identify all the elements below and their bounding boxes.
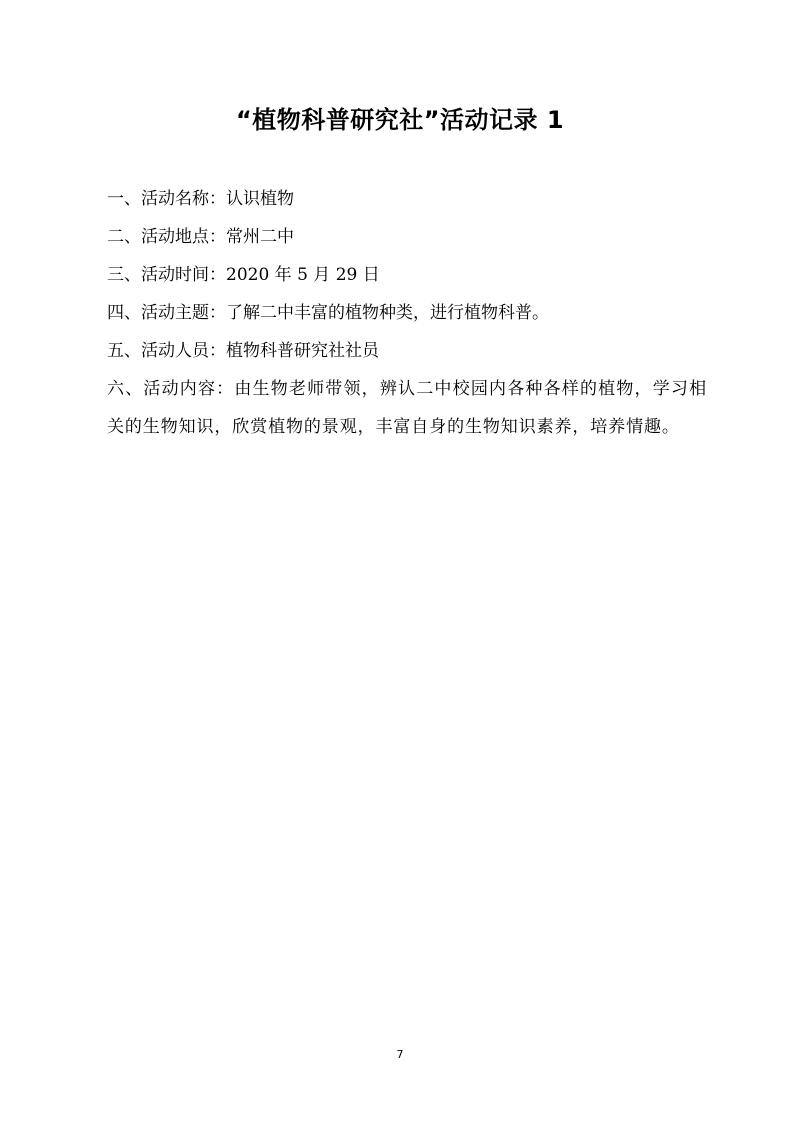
activity-name-line: 一、活动名称：认识植物 [107, 180, 707, 218]
activity-name-value: 认识植物 [226, 189, 294, 209]
activity-time-line: 三、活动时间：2020 年 5 月 29 日 [107, 256, 707, 294]
activity-theme-line: 四、活动主题：了解二中丰富的植物种类，进行植物科普。 [107, 294, 707, 332]
activity-content-label: 六、活动内容： [107, 379, 234, 399]
activity-name-label: 一、活动名称： [107, 189, 226, 209]
activity-members-label: 五、活动人员： [107, 341, 226, 361]
activity-location-value: 常州二中 [226, 227, 294, 247]
activity-record-body: 一、活动名称：认识植物 二、活动地点：常州二中 三、活动时间：2020 年 5 … [107, 180, 707, 446]
document-title: “植物科普研究社”活动记录 1 [0, 100, 800, 140]
activity-members-line: 五、活动人员：植物科普研究社社员 [107, 332, 707, 370]
activity-time-label: 三、活动时间： [107, 265, 226, 285]
activity-location-label: 二、活动地点： [107, 227, 226, 247]
activity-theme-label: 四、活动主题： [107, 303, 226, 323]
activity-content-paragraph: 六、活动内容：由生物老师带领，辨认二中校园内各种各样的植物，学习相关的生物知识，… [107, 370, 707, 446]
activity-time-value: 2020 年 5 月 29 日 [226, 265, 380, 285]
page-number: 7 [0, 1047, 800, 1063]
activity-location-line: 二、活动地点：常州二中 [107, 218, 707, 256]
activity-theme-value: 了解二中丰富的植物种类，进行植物科普。 [226, 303, 549, 323]
document-page: “植物科普研究社”活动记录 1 一、活动名称：认识植物 二、活动地点：常州二中 … [0, 0, 800, 1131]
activity-members-value: 植物科普研究社社员 [226, 341, 379, 361]
